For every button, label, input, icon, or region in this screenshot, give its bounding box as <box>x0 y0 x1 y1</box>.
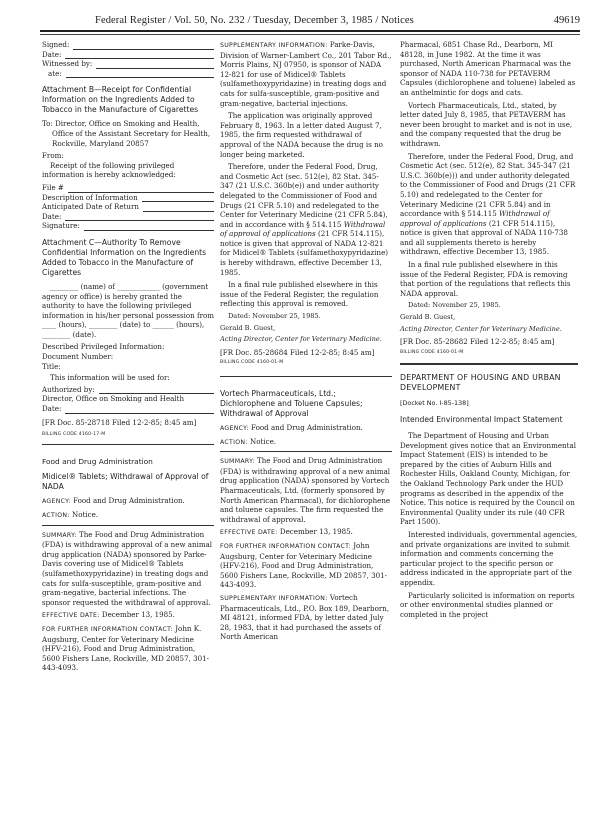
described-label: Described Privileged Information: <box>42 342 214 352</box>
attachment-b-to: To: Director, Office on Smoking and Heal… <box>42 119 214 148</box>
c3-paragraph-1: Pharmacal, 6851 Chase Rd., Dearborn, MI … <box>400 40 578 98</box>
dated-line: Dated: November 25, 1985. <box>220 312 392 322</box>
paragraph-3: Therefore, under the Federal Food, Drug,… <box>220 162 392 277</box>
contact-2: FOR FURTHER INFORMATION CONTACT: John Au… <box>220 541 392 590</box>
supplementary-info-2: SUPPLEMENTARY INFORMATION: Vortech Pharm… <box>220 593 392 642</box>
header-rule-thin <box>40 34 580 35</box>
paragraph-4: In a final rule published elsewhere in t… <box>220 280 392 309</box>
c3-signer-name: Gerald B. Guest, <box>400 313 578 323</box>
date-field-c: Date: <box>42 404 214 414</box>
fr-doc-1: [FR Doc. 85-28718 Filed 12-2-85; 8:45 am… <box>42 418 214 428</box>
summary-divider-2 <box>220 451 392 452</box>
hud-paragraph-1: The Department of Housing and Urban Deve… <box>400 431 578 527</box>
attachment-b-receipt: Receipt of the following privileged info… <box>42 161 214 180</box>
section-divider <box>42 444 214 445</box>
section-divider-3 <box>400 363 578 365</box>
attachment-b-title: Attachment B—Receipt for Confidential In… <box>42 85 214 115</box>
signer-name: Gerald B. Guest, <box>220 324 392 334</box>
effective-date-2: EFFECTIVE DATE: December 13, 1985. <box>220 527 392 538</box>
action-line: ACTION: Notice. <box>42 510 214 521</box>
document-number-label: Document Number: <box>42 352 214 362</box>
hud-department-heading: DEPARTMENT OF HOUSING AND URBAN DEVELOPM… <box>400 373 578 393</box>
c3-paragraph-4: In a final rule published elsewhere in t… <box>400 260 578 298</box>
effective-date: EFFECTIVE DATE: December 13, 1985. <box>42 610 214 621</box>
c3-paragraph-2: Vortech Pharmaceuticals, Ltd., stated, b… <box>400 101 578 149</box>
attachment-b-from: From: <box>42 151 214 161</box>
header-rule <box>40 30 580 32</box>
date2-field: ate: <box>42 69 214 79</box>
file-number-field: File # <box>42 183 214 193</box>
witnessed-field: Witnessed by: <box>42 59 214 69</box>
billing-code-2: BILLING CODE 4160-01-M <box>220 358 392 368</box>
billing-code-3: BILLING CODE 4160-01-M <box>400 348 578 358</box>
running-head: Federal Register / Vol. 50, No. 232 / Tu… <box>95 15 414 26</box>
signature-block: Signed: Date: Witnessed by: ate: <box>42 40 214 78</box>
page-header: Federal Register / Vol. 50, No. 232 / Tu… <box>40 12 580 32</box>
agency-line-2: AGENCY: Food and Drug Administration. <box>220 423 392 434</box>
fr-doc-3: [FR Doc. 85-28682 Filed 12-2-85; 8:45 am… <box>400 337 578 347</box>
date-field-b: Date: <box>42 212 214 222</box>
c3-signer-title: Acting Director, Center for Veterinary M… <box>400 325 578 335</box>
federal-register-page: Federal Register / Vol. 50, No. 232 / Tu… <box>0 0 600 833</box>
date-field: Date: <box>42 50 214 60</box>
supplementary-info: SUPPLEMENTARY INFORMATION: Parke-Davis, … <box>220 40 392 108</box>
contact: FOR FURTHER INFORMATION CONTACT: John K.… <box>42 624 214 673</box>
column-1: Signed: Date: Witnessed by: ate: Attachm… <box>42 40 214 676</box>
action-line-2: ACTION: Notice. <box>220 437 392 448</box>
summary-2: SUMMARY: The Food and Drug Administratio… <box>220 456 392 524</box>
fr-doc-2: [FR Doc. 85-28684 Filed 12-2-85; 8:45 am… <box>220 348 392 358</box>
authorized-field: Authorized by: <box>42 385 214 395</box>
c3-dated-line: Dated: November 25, 1985. <box>400 301 578 311</box>
summary: SUMMARY: The Food and Drug Administratio… <box>42 530 214 608</box>
vortech-title: Vortech Pharmaceuticals, Ltd.; Dichlorop… <box>220 389 392 419</box>
use-label: This information will be used for: <box>42 373 214 383</box>
fda-heading: Food and Drug Administration <box>42 457 214 467</box>
billing-code-1: BILLING CODE 4160-17-M <box>42 430 214 440</box>
page-number: 49619 <box>554 15 580 26</box>
description-field: Description of Information <box>42 193 214 203</box>
c3-paragraph-3: Therefore, under the Federal Food, Drug,… <box>400 152 578 258</box>
signer-title: Acting Director, Center for Veterinary M… <box>220 335 392 345</box>
midicel-title: Midicel® Tablets; Withdrawal of Approval… <box>42 472 214 492</box>
hud-docket: [Docket No. I-85-138] <box>400 399 578 409</box>
summary-divider <box>42 525 214 526</box>
hud-eis-title: Intended Environmental Impact Statement <box>400 415 578 425</box>
director-label: Director, Office on Smoking and Health <box>42 394 214 404</box>
attachment-b-fields: File # Description of Information Antici… <box>42 183 214 231</box>
return-date-field: Anticipated Date of Return <box>42 202 214 212</box>
section-divider-2 <box>220 376 392 377</box>
column-3: Pharmacal, 6851 Chase Rd., Dearborn, MI … <box>400 40 578 622</box>
title-label: Title: <box>42 362 214 372</box>
attachment-c-body: ________ (name) of ____________ (governm… <box>42 282 214 340</box>
signed-field: Signed: <box>42 40 214 50</box>
column-2: SUPPLEMENTARY INFORMATION: Parke-Davis, … <box>220 40 392 645</box>
agency-line: AGENCY: Food and Drug Administration. <box>42 496 214 507</box>
attachment-c-title: Attachment C—Authority To Remove Confide… <box>42 238 214 278</box>
hud-paragraph-2: Interested individuals, governmental age… <box>400 530 578 588</box>
hud-paragraph-3: Particularly solicited is information on… <box>400 591 578 620</box>
paragraph-2: The application was originally approved … <box>220 111 392 159</box>
signature-field: Signature: <box>42 221 214 231</box>
